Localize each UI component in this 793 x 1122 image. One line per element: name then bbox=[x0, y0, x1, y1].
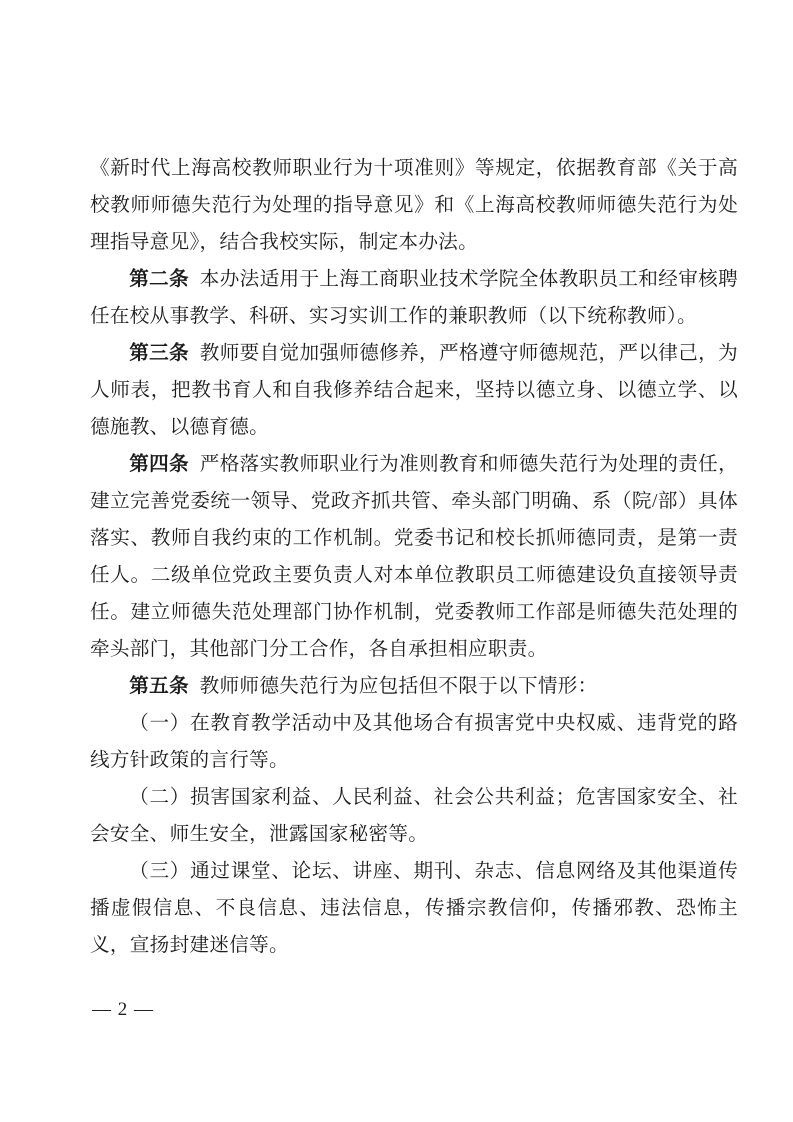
paragraph: 《新时代上海高校教师职业行为十项准则》等规定，依据教育部《关于高校教师师德失范行… bbox=[90, 150, 738, 261]
paragraph-article-4: 第四条严格落实教师职业行为准则教育和师德失范行为处理的责任，建立完善党委统一领导… bbox=[90, 446, 738, 668]
paragraph-text: （三）通过课堂、论坛、讲座、期刊、杂志、信息网络及其他渠道传播虚假信息、不良信息… bbox=[90, 861, 738, 956]
document-body: 《新时代上海高校教师职业行为十项准则》等规定，依据教育部《关于高校教师师德失范行… bbox=[90, 150, 738, 964]
paragraph-item-3: （三）通过课堂、论坛、讲座、期刊、杂志、信息网络及其他渠道传播虚假信息、不良信息… bbox=[90, 853, 738, 964]
document-page: 《新时代上海高校教师职业行为十项准则》等规定，依据教育部《关于高校教师师德失范行… bbox=[0, 0, 793, 1122]
paragraph-text: （二）损害国家利益、人民利益、社会公共利益；危害国家安全、社会安全、师生安全，泄… bbox=[90, 787, 738, 845]
paragraph-article-5: 第五条教师师德失范行为应包括但不限于以下情形： bbox=[90, 668, 738, 705]
paragraph-article-3: 第三条教师要自觉加强师德修养，严格遵守师德规范，严以律己，为人师表，把教书育人和… bbox=[90, 335, 738, 446]
paragraph-text: 教师师德失范行为应包括但不限于以下情形： bbox=[200, 676, 598, 697]
page-number: — 2 — bbox=[92, 998, 154, 1022]
article-number: 第三条 bbox=[129, 343, 189, 364]
article-number: 第五条 bbox=[129, 676, 189, 697]
paragraph-text: 《新时代上海高校教师职业行为十项准则》等规定，依据教育部《关于高校教师师德失范行… bbox=[90, 158, 738, 253]
paragraph-article-2: 第二条本办法适用于上海工商职业技术学院全体教职员工和经审核聘任在校从事教学、科研… bbox=[90, 261, 738, 335]
paragraph-item-1: （一）在教育教学活动中及其他场合有损害党中央权威、违背党的路线方针政策的言行等。 bbox=[90, 705, 738, 779]
article-number: 第二条 bbox=[129, 269, 189, 290]
paragraph-item-2: （二）损害国家利益、人民利益、社会公共利益；危害国家安全、社会安全、师生安全，泄… bbox=[90, 779, 738, 853]
paragraph-text: 严格落实教师职业行为准则教育和师德失范行为处理的责任，建立完善党委统一领导、党政… bbox=[90, 454, 738, 660]
article-number: 第四条 bbox=[129, 454, 189, 475]
paragraph-text: （一）在教育教学活动中及其他场合有损害党中央权威、违背党的路线方针政策的言行等。 bbox=[90, 713, 738, 771]
